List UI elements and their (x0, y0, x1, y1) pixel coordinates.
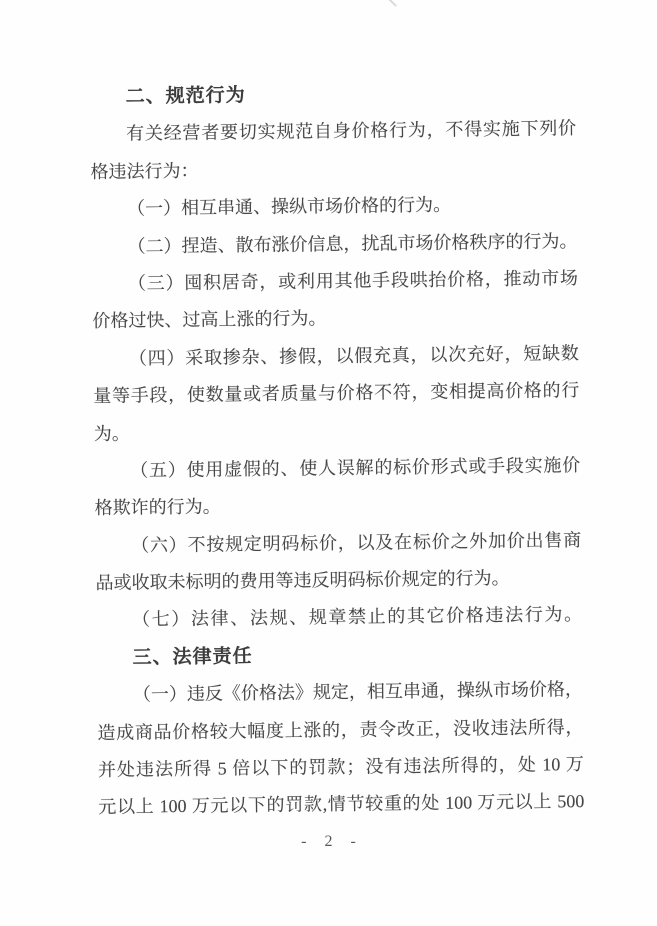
text-line: 元以上 100 万元以下的罚款,情节较重的处 100 万元以上 500 (98, 783, 584, 826)
section-heading-regulate: 二、规范行为 (89, 73, 575, 116)
text-line: 有关经营者要切实规范自身价格行为，不得实施下列价 (90, 110, 576, 153)
text-line: （五）使用虚假的、使人误解的标价形式或手段实施价 (94, 447, 580, 490)
text-line: （三）囤积居奇，或利用其他手段哄抬价格，推动市场 (92, 260, 578, 303)
text-line: 造成商品价格较大幅度上涨的，责令改正，没收违法所得， (97, 709, 583, 752)
text-line: 格违法行为： (90, 148, 576, 191)
page-number: - 2 - (0, 833, 657, 851)
scanned-document-page: 二、规范行为 有关经营者要切实规范自身价格行为，不得实施下列价 格违法行为： （… (0, 0, 657, 926)
section-heading-liability: 三、法律责任 (96, 634, 582, 677)
text-line: 为。 (94, 410, 580, 453)
text-line: （四）采取掺杂、掺假，以假充真，以次充好，短缺数 (93, 335, 579, 378)
document-content: 二、规范行为 有关经营者要切实规范自身价格行为，不得实施下列价 格违法行为： （… (89, 73, 584, 827)
text-line: 品或收取未标明的费用等违反明码标价规定的行为。 (95, 559, 581, 602)
text-line: （一）违反《价格法》规定，相互串通，操纵市场价格， (97, 671, 583, 714)
text-line: 并处违法所得 5 倍以下的罚款；没有违法所得的，处 10 万 (98, 746, 584, 789)
text-line: （七）法律、法规、规章禁止的其它价格违法行为。 (96, 596, 582, 639)
text-line: （一）相互串通、操纵市场价格的行为。 (91, 185, 577, 228)
text-line: 价格过快、过高上涨的行为。 (92, 297, 578, 340)
text-line: 格欺诈的行为。 (94, 484, 580, 527)
text-line: （六）不按规定明码标价，以及在标价之外加价出售商 (95, 522, 581, 565)
text-line: （二）捏造、散布涨价信息，扰乱市场价格秩序的行为。 (91, 223, 577, 266)
scan-artifact-line (377, 0, 397, 7)
text-line: 量等手段，使数量或者质量与价格不符，变相提高价格的行 (93, 372, 579, 415)
